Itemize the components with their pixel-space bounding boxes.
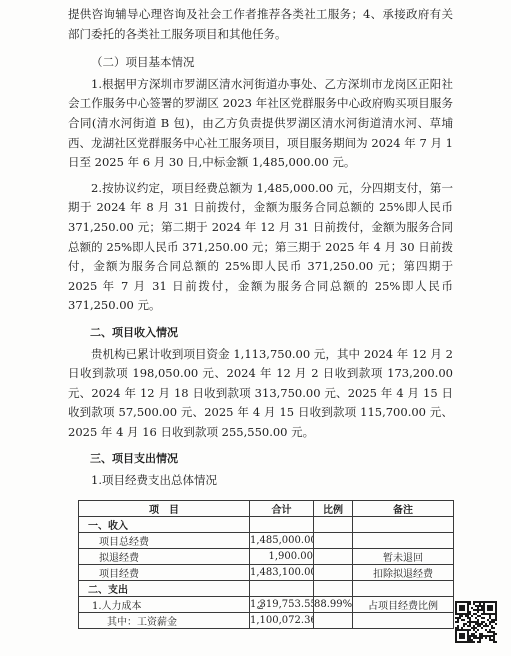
paragraph-contract-info: 1.根据甲方深圳市罗湖区清水河街道办事处、乙方深圳市龙岗区正阳社会工作服务中心签…	[68, 75, 453, 173]
heading-project-income: 二、项目收入情况	[68, 323, 453, 343]
cell-total: 1,485,000.00	[250, 532, 314, 548]
paragraph-income-detail: 贵机构已累计收到项目资金 1,113,750.00 元，其中 2024 年 12…	[68, 345, 453, 443]
cell-item: 其中：工资薪金	[79, 612, 250, 628]
cell-note	[353, 580, 454, 596]
cell-note	[353, 612, 454, 628]
qr-code-icon	[455, 601, 497, 643]
cell-total	[250, 580, 314, 596]
document-content: 提供咨询辅导心理咨询及社会工作者推荐各类社工服务；4、承接政府有关部门委托的各类…	[68, 5, 453, 629]
cell-ratio	[314, 516, 353, 532]
cell-total: 1,483,100.00	[250, 564, 314, 580]
subheading-expense-summary: 1.项目经费支出总体情况	[68, 471, 453, 491]
cell-item: 一、收入	[79, 516, 250, 532]
table-row-salary: 其中：工资薪金 1,100,072.36	[79, 612, 454, 628]
paragraph-payment-terms: 2.按协议约定，项目经费总额为 1,485,000.00 元，分四期支付，第一期…	[68, 179, 453, 316]
cell-item: 项目总经费	[79, 532, 250, 548]
cell-note: 扣除拟退经费	[353, 564, 454, 580]
cell-total	[250, 516, 314, 532]
cell-note: 暂未退回	[353, 548, 454, 564]
page-number: 2	[68, 601, 453, 612]
cell-item: 二、支出	[79, 580, 250, 596]
heading-basic-info: （二）项目基本情况	[68, 53, 453, 73]
table-row-project-budget: 项目经费 1,483,100.00 扣除拟退经费	[79, 564, 454, 580]
cell-total: 1,900.00	[250, 548, 314, 564]
cell-ratio	[314, 548, 353, 564]
heading-project-expense: 三、项目支出情况	[68, 449, 453, 469]
header-item: 项 目	[79, 500, 250, 516]
cell-note	[353, 516, 454, 532]
cell-total: 1,100,072.36	[250, 612, 314, 628]
header-note: 备注	[353, 500, 454, 516]
cell-ratio	[314, 564, 353, 580]
header-total: 合计	[250, 500, 314, 516]
header-ratio: 比例	[314, 500, 353, 516]
cell-item: 项目经费	[79, 564, 250, 580]
table-header-row: 项 目 合计 比例 备注	[79, 500, 454, 516]
table-row-expense-section: 二、支出	[79, 580, 454, 596]
table-row-income-section: 一、收入	[79, 516, 454, 532]
cell-ratio	[314, 580, 353, 596]
table-row-total-budget: 项目总经费 1,485,000.00	[79, 532, 454, 548]
cell-ratio	[314, 612, 353, 628]
table-row-refund-budget: 拟退经费 1,900.00 暂未退回	[79, 548, 454, 564]
cell-item: 拟退经费	[79, 548, 250, 564]
cell-ratio	[314, 532, 353, 548]
intro-continuation-paragraph: 提供咨询辅导心理咨询及社会工作者推荐各类社工服务；4、承接政府有关部门委托的各类…	[68, 5, 453, 44]
cell-note	[353, 532, 454, 548]
